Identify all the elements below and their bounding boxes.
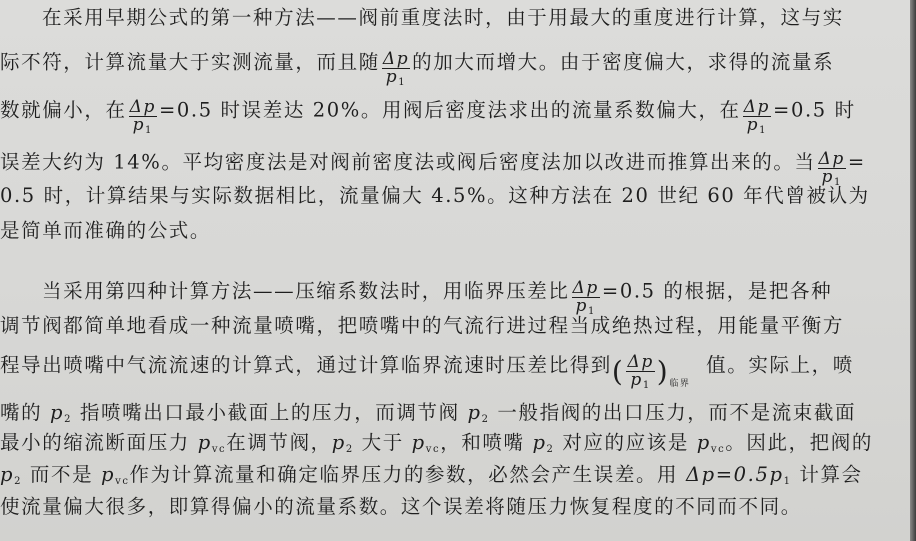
- text: ，和喷嘴: [440, 431, 524, 454]
- p2-line3: 程导出喷嘴中气流流速的计算式，通过计算临界流速时压差比得到(Δpp1)临界 值。…: [0, 346, 905, 386]
- p1-line1: 在采用早期公式的第一种方法——阀前重度法时，由于用最大的重度进行计算，这与实: [0, 6, 916, 30]
- pvc-symbol: pvc: [412, 431, 441, 454]
- fraction-dp-over-p1: Δpp1: [743, 99, 771, 139]
- pvc-symbol: pvc: [101, 463, 130, 486]
- text: 大于: [362, 431, 404, 454]
- p: p: [575, 296, 587, 316]
- p: p: [769, 463, 783, 486]
- text: 是简单而准确的公式。: [0, 219, 211, 242]
- fraction-dp-over-p1: Δpp1: [626, 354, 654, 394]
- text: 值。实际上，喷: [706, 354, 854, 377]
- p2-symbol: p2: [50, 401, 72, 424]
- text: 一般指阀的出口压力，而不是流束截面: [497, 401, 856, 424]
- text: 使流量偏大很多，即算得偏小的流量系数。这个误差将随压力恢复程度的不同而不同。: [0, 495, 802, 518]
- p1-line6: 是简单而准确的公式。: [0, 219, 905, 243]
- text: 调节阀都简单地看成一种流量喷嘴，把喷嘴中的气流行进过程当成绝热过程，用能量平衡方: [0, 314, 844, 337]
- text: 对应的应该是: [562, 431, 689, 454]
- p2-symbol: p2: [532, 431, 554, 454]
- page-edge-shadow: [910, 0, 916, 541]
- p2-line7: 使流量偏大很多，即算得偏小的流量系数。这个误差将随压力恢复程度的不同而不同。: [0, 495, 905, 519]
- p1-line2: 际不符，计算流量大于实测流量，而且随Δpp1的加大而增大。由于密度偏大，求得的流…: [0, 43, 905, 83]
- p2-symbol: p2: [468, 401, 490, 424]
- text: 。因此，把阀的: [725, 431, 873, 454]
- p2-symbol: p2: [332, 431, 354, 454]
- text: 程导出喷嘴中气流流速的计算式，通过计算临界流速时压差比得到: [0, 354, 612, 377]
- text: 的加大而增大。由于密度偏大，求得的流量系: [412, 51, 834, 74]
- p2-line4: 嘴的 p2 指喷嘴出口最小截面上的压力，而调节阀 p2 一般指阀的出口压力，而不…: [0, 401, 905, 432]
- sub: 1: [145, 125, 153, 136]
- p: p: [133, 115, 145, 135]
- right-paren: ): [657, 355, 670, 388]
- left-paren: (: [612, 355, 625, 388]
- sub: 2: [482, 414, 490, 425]
- fraction-dp-over-p1: Δpp1: [382, 51, 410, 91]
- p1-line5: 0.5 时，计算结果与实际数据相比，流量偏大 4.5%。这种方法在 20 世纪 …: [0, 184, 905, 208]
- text: 作为计算流量和确定临界压力的参数，必然会产生误差。用: [130, 463, 679, 486]
- sub: 2: [64, 414, 72, 425]
- sub: vc: [212, 444, 226, 455]
- sub: 1: [784, 476, 792, 487]
- p: p: [747, 115, 759, 135]
- denominator: p1: [743, 117, 771, 139]
- text: 计算会: [799, 463, 862, 486]
- text: =0.5 时误差达 20%。用阀后密度法求出的流量系数偏大，在: [159, 99, 741, 122]
- critical-subscript: 临界: [669, 379, 690, 389]
- p: p: [101, 463, 115, 486]
- denominator: p1: [382, 69, 410, 91]
- p: p: [697, 431, 711, 454]
- p: p: [630, 370, 642, 390]
- p1-line4: 误差大约为 14%。平均密度法是对阀前密度法或阀后密度法加以改进而推算出来的。当…: [0, 143, 905, 183]
- p2-line6: p2 而不是 pvc作为计算流量和确定临界压力的参数，必然会产生误差。用 Δp=…: [0, 463, 905, 494]
- book-page: 在采用早期公式的第一种方法——阀前重度法时，由于用最大的重度进行计算，这与实 际…: [0, 0, 910, 541]
- text: =0.5 时: [773, 99, 856, 122]
- text: 数就偏小，在: [0, 99, 127, 122]
- text: =0.5 的根据，是把各种: [602, 280, 832, 303]
- text: =: [848, 151, 866, 174]
- p: p: [386, 67, 398, 87]
- p2-line1: 当采用第四种计算方法——压缩系数法时，用临界压差比Δpp1=0.5 的根据，是把…: [0, 272, 916, 312]
- p: p: [412, 431, 426, 454]
- p1-line3: 数就偏小，在Δpp1=0.5 时误差达 20%。用阀后密度法求出的流量系数偏大，…: [0, 91, 905, 131]
- sub: 1: [398, 77, 406, 88]
- sub: 2: [346, 444, 354, 455]
- p: p: [332, 431, 346, 454]
- p: p: [468, 401, 482, 424]
- sub: 2: [14, 476, 22, 487]
- text: 际不符，计算流量大于实测流量，而且随: [0, 51, 380, 74]
- text: 0.5 时，计算结果与实际数据相比，流量偏大 4.5%。这种方法在 20 世纪 …: [0, 184, 870, 207]
- sub: vc: [711, 444, 725, 455]
- sub: 1: [643, 380, 651, 391]
- p1-symbol: p1: [769, 463, 791, 486]
- text: 指喷嘴出口最小截面上的压力，而调节阀: [80, 401, 460, 424]
- p2-line2: 调节阀都简单地看成一种流量喷嘴，把喷嘴中的气流行进过程当成绝热过程，用能量平衡方: [0, 314, 905, 338]
- denominator: p1: [129, 117, 157, 139]
- sub: 1: [759, 125, 767, 136]
- sub: vc: [115, 476, 129, 487]
- p: p: [0, 463, 14, 486]
- p2-symbol: p2: [0, 463, 22, 486]
- text: 在调节阀，: [226, 431, 332, 454]
- p2-line5: 最小的缩流断面压力 pvc在调节阀，p2 大于 pvc，和喷嘴 p2 对应的应该…: [0, 431, 905, 462]
- pvc-symbol: pvc: [697, 431, 726, 454]
- denominator: p1: [626, 372, 654, 394]
- delta-p-equation: Δp=0.5: [686, 463, 770, 486]
- fraction-dp-over-p1: Δpp1: [129, 99, 157, 139]
- text: 而不是: [30, 463, 93, 486]
- text: 嘴的: [0, 401, 42, 424]
- p: p: [198, 431, 212, 454]
- sub: vc: [426, 444, 440, 455]
- text: 在采用早期公式的第一种方法——阀前重度法时，由于用最大的重度进行计算，这与实: [42, 6, 844, 29]
- text: 当采用第四种计算方法——压缩系数法时，用临界压差比: [42, 280, 570, 303]
- sub: 2: [547, 444, 555, 455]
- text: 误差大约为 14%。平均密度法是对阀前密度法或阀后密度法加以改进而推算出来的。当: [0, 151, 816, 174]
- pvc-symbol: pvc: [198, 431, 227, 454]
- p: p: [50, 401, 64, 424]
- p: p: [532, 431, 546, 454]
- text: 最小的缩流断面压力: [0, 431, 190, 454]
